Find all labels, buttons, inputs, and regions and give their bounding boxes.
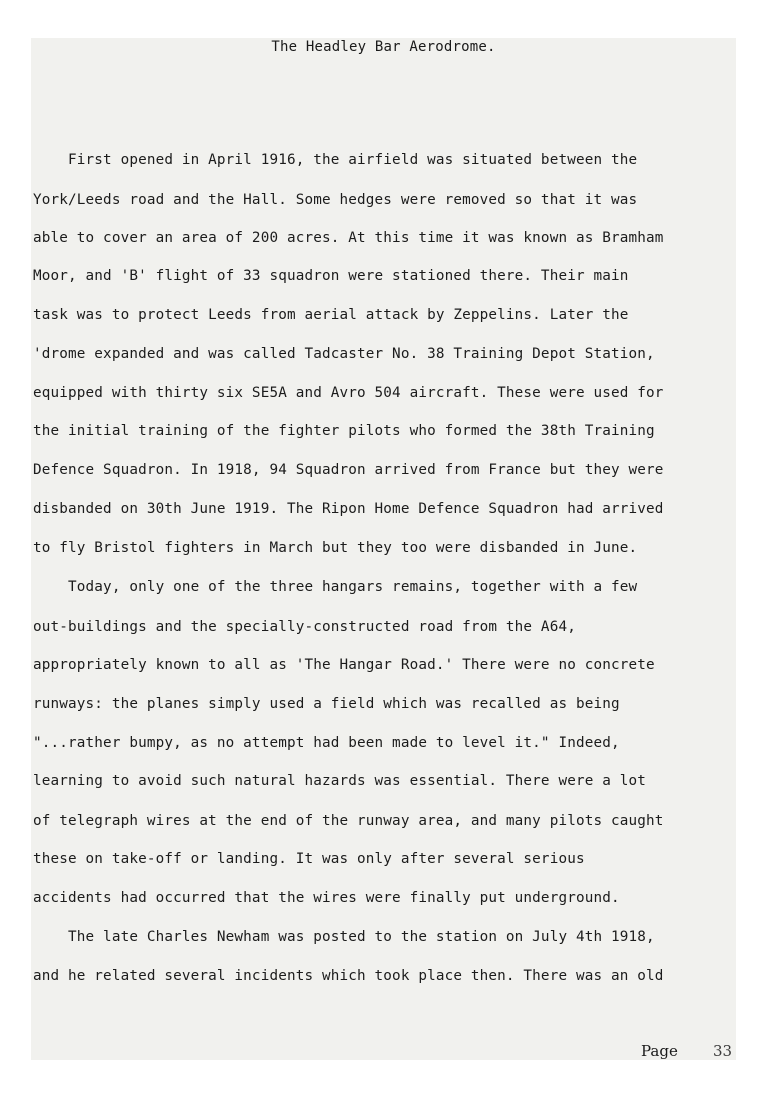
text-line: and he related several incidents which t… (33, 967, 664, 985)
page-label: Page (641, 1042, 678, 1060)
page-number: 33 (713, 1042, 732, 1060)
text-line: learning to avoid such natural hazards w… (33, 772, 646, 790)
text-line: disbanded on 30th June 1919. The Ripon H… (33, 500, 664, 518)
text-line: York/Leeds road and the Hall. Some hedge… (33, 191, 637, 209)
text-line: "...rather bumpy, as no attempt had been… (33, 734, 620, 752)
text-line: able to cover an area of 200 acres. At t… (33, 229, 664, 247)
text-line: task was to protect Leeds from aerial at… (33, 306, 629, 324)
document-page: The Headley Bar Aerodrome. First opened … (31, 38, 736, 1060)
text-line: these on take-off or landing. It was onl… (33, 850, 585, 868)
text-line: Moor, and 'B' flight of 33 squadron were… (33, 267, 629, 285)
text-line: the initial training of the fighter pilo… (33, 422, 655, 440)
text-line: appropriately known to all as 'The Hanga… (33, 656, 655, 674)
text-line: out-buildings and the specially-construc… (33, 618, 576, 636)
text-line: equipped with thirty six SE5A and Avro 5… (33, 384, 664, 402)
text-line: 'drome expanded and was called Tadcaster… (33, 345, 655, 363)
text-line: Defence Squadron. In 1918, 94 Squadron a… (33, 461, 664, 479)
text-line: runways: the planes simply used a field … (33, 695, 620, 713)
text-line: of telegraph wires at the end of the run… (33, 812, 664, 830)
text-line: to fly Bristol fighters in March but the… (33, 539, 637, 557)
text-line: Today, only one of the three hangars rem… (33, 578, 637, 596)
text-line: First opened in April 1916, the airfield… (33, 151, 637, 169)
text-line: The late Charles Newham was posted to th… (33, 928, 655, 946)
text-line: accidents had occurred that the wires we… (33, 889, 620, 907)
document-title: The Headley Bar Aerodrome. (31, 38, 736, 56)
